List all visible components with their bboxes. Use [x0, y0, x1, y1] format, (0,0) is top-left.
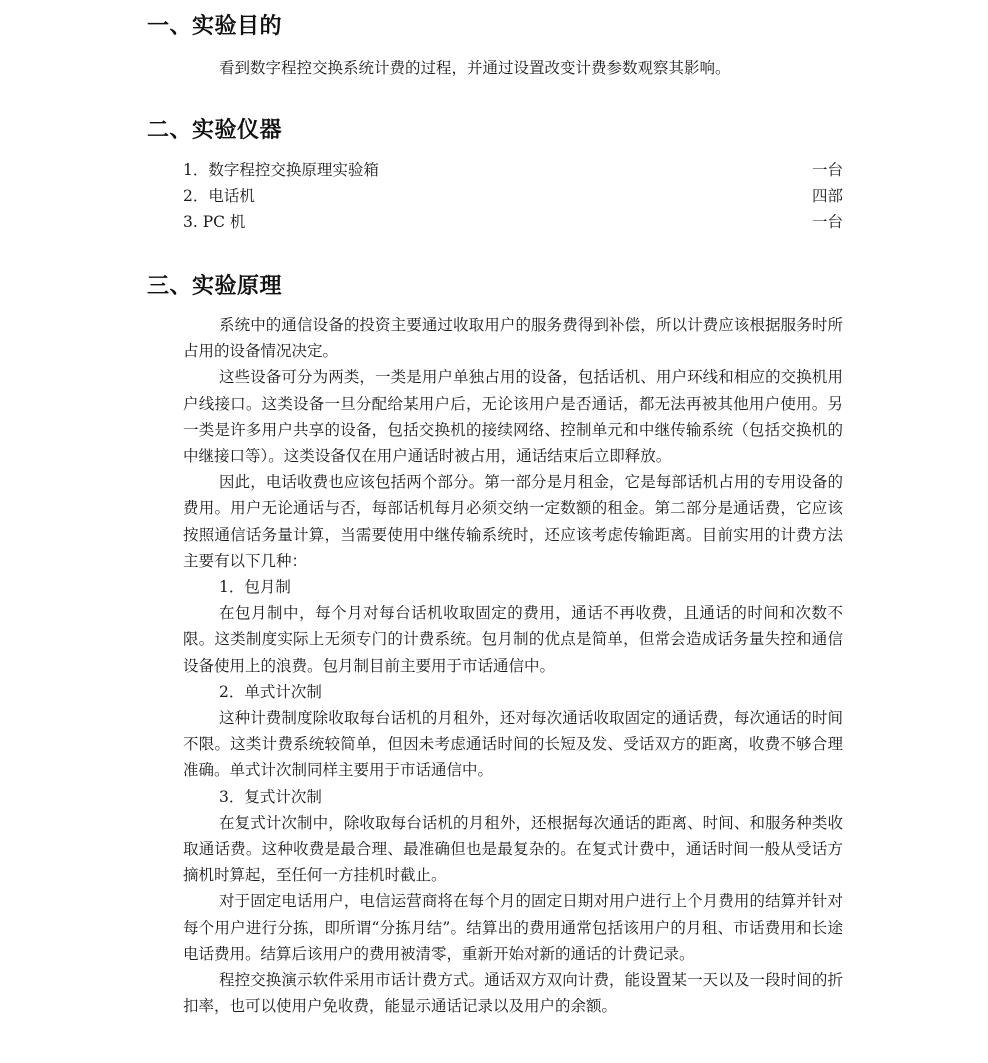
paragraph: 在包月制中，每个月对每台话机收取固定的费用，通话不再收费，且通话的时间和次数不限…: [183, 600, 843, 679]
section-body-principle: 系统中的通信设备的投资主要通过收取用户的服务费得到补偿，所以计费应该根据服务时所…: [183, 312, 843, 1019]
paragraph: 程控交换演示软件采用市话计费方式。通话双方双向计费，能设置某一天以及一段时间的折…: [183, 967, 843, 1019]
list-item: 2．电话机 四部: [183, 183, 843, 209]
section-body-purpose: 看到数字程控交换系统计费的过程，并通过设置改变计费参数观察其影响。: [183, 55, 843, 81]
paragraph: 因此，电话收费也应该包括两个部分。第一部分是月租金，它是每部话机占用的专用设备的…: [183, 469, 843, 574]
list-item: 3. PC 机 一台: [183, 209, 843, 235]
section-heading-principle: 三、实验原理: [147, 272, 282, 302]
item-name: 3. PC 机: [183, 209, 245, 235]
subheading-multi-count: 3．复式计次制: [183, 784, 843, 810]
paragraph: 系统中的通信设备的投资主要通过收取用户的服务费得到补偿，所以计费应该根据服务时所…: [183, 312, 843, 364]
list-item: 1．数字程控交换原理实验箱 一台: [183, 157, 843, 183]
paragraph: 在复式计次制中，除收取每台话机的月租外，还根据每次通话的距离、时间、和服务种类收…: [183, 810, 843, 889]
item-qty: 一台: [812, 209, 843, 235]
item-name: 2．电话机: [183, 183, 255, 209]
item-qty: 四部: [812, 183, 843, 209]
paragraph: 这种计费制度除收取每台话机的月租外，还对每次通话收取固定的通话费，每次通话的时间…: [183, 705, 843, 784]
subheading-single-count: 2．单式计次制: [183, 679, 843, 705]
section-heading-instruments: 二、实验仪器: [147, 116, 282, 146]
instrument-list: 1．数字程控交换原理实验箱 一台 2．电话机 四部 3. PC 机 一台: [183, 157, 843, 235]
subheading-monthly: 1．包月制: [183, 574, 843, 600]
paragraph: 这些设备可分为两类，一类是用户单独占用的设备，包括话机、用户环线和相应的交换机用…: [183, 364, 843, 469]
paragraph: 看到数字程控交换系统计费的过程，并通过设置改变计费参数观察其影响。: [183, 55, 843, 81]
paragraph: 对于固定电话用户，电信运营商将在每个月的固定日期对用户进行上个月费用的结算并针对…: [183, 888, 843, 967]
section-heading-purpose: 一、实验目的: [147, 12, 282, 42]
item-name: 1．数字程控交换原理实验箱: [183, 157, 379, 183]
item-qty: 一台: [812, 157, 843, 183]
